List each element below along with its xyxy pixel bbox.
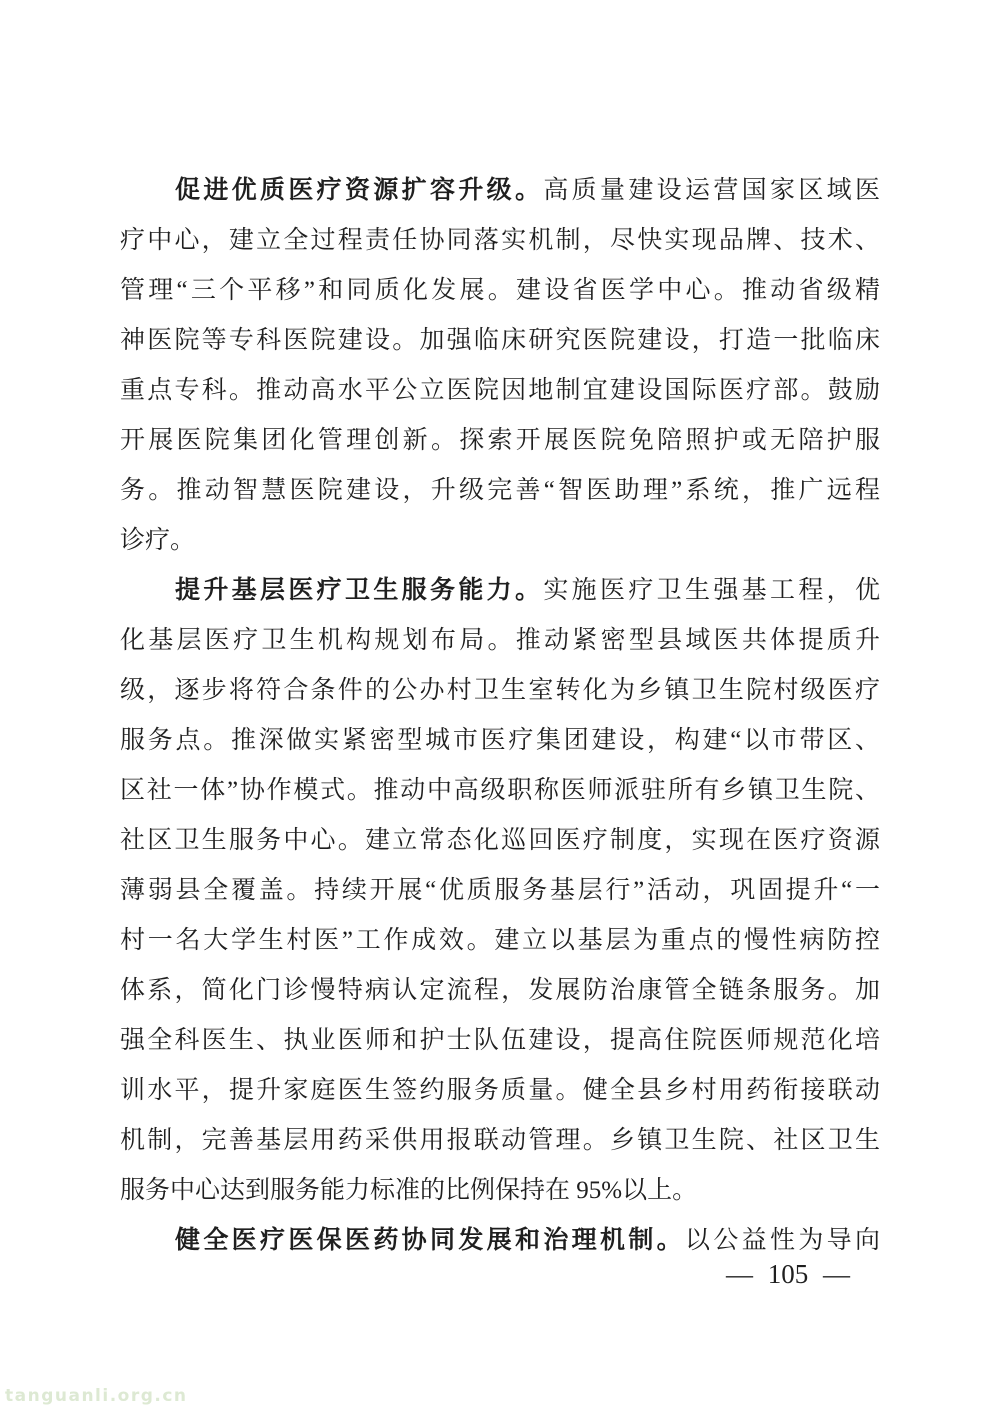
line-text: 实施医疗卫生强基工程，优 <box>543 577 880 604</box>
text-line: 服务点。推深做实紧密型城市医疗集团建设，构建“以市带区、 <box>120 716 880 766</box>
text-line: 疗中心，建立全过程责任协同落实机制，尽快实现品牌、技术、 <box>120 216 880 266</box>
text-line: 村一名大学生村医”工作成效。建立以基层为重点的慢性病防控 <box>120 916 880 966</box>
text-line: 促进优质医疗资源扩容升级。高质量建设运营国家区域医 <box>120 166 880 216</box>
text-line: 级，逐步将符合条件的公办村卫生室转化为乡镇卫生院村级医疗 <box>120 666 880 716</box>
text-line: 强全科医生、执业医师和护士队伍建设，提高住院医师规范化培 <box>120 1016 880 1066</box>
text-line: 服务中心达到服务能力标准的比例保持在 95%以上。 <box>120 1166 880 1216</box>
watermark: tanguanli.org.cn <box>5 1386 188 1406</box>
paragraph-lead: 健全医疗医保医药协同发展和治理机制。 <box>175 1227 685 1254</box>
text-line: 训水平，提升家庭医生签约服务质量。健全县乡村用药衔接联动 <box>120 1066 880 1116</box>
line-text: 以公益性为导向 <box>685 1227 880 1254</box>
text-line: 社区卫生服务中心。建立常态化巡回医疗制度，实现在医疗资源 <box>120 816 880 866</box>
text-line: 神医院等专科医院建设。加强临床研究医院建设，打造一批临床 <box>120 316 880 366</box>
document-page: 促进优质医疗资源扩容升级。高质量建设运营国家区域医 疗中心，建立全过程责任协同落… <box>0 0 1000 1414</box>
text-line: 管理“三个平移”和同质化发展。建设省医学中心。推动省级精 <box>120 266 880 316</box>
text-line: 重点专科。推动高水平公立医院因地制宜建设国际医疗部。鼓励 <box>120 366 880 416</box>
text-line: 化基层医疗卫生机构规划布局。推动紧密型县域医共体提质升 <box>120 616 880 666</box>
text-line: 务。推动智慧医院建设，升级完善“智医助理”系统，推广远程 <box>120 466 880 516</box>
text-line: 诊疗。 <box>120 516 880 566</box>
text-line: 区社一体”协作模式。推动中高级职称医师派驻所有乡镇卫生院、 <box>120 766 880 816</box>
text-line: 体系，简化门诊慢特病认定流程，发展防治康管全链条服务。加 <box>120 966 880 1016</box>
paragraph-lead: 提升基层医疗卫生服务能力。 <box>175 577 543 604</box>
text-block: 促进优质医疗资源扩容升级。高质量建设运营国家区域医 疗中心，建立全过程责任协同落… <box>120 166 880 1266</box>
page-number: — 105 — <box>726 1259 850 1290</box>
text-line: 薄弱县全覆盖。持续开展“优质服务基层行”活动，巩固提升“一 <box>120 866 880 916</box>
text-line: 机制，完善基层用药采供用报联动管理。乡镇卫生院、社区卫生 <box>120 1116 880 1166</box>
line-text: 高质量建设运营国家区域医 <box>543 177 880 204</box>
text-line: 开展医院集团化管理创新。探索开展医院免陪照护或无陪护服 <box>120 416 880 466</box>
text-line: 提升基层医疗卫生服务能力。实施医疗卫生强基工程，优 <box>120 566 880 616</box>
paragraph-lead: 促进优质医疗资源扩容升级。 <box>175 177 543 204</box>
